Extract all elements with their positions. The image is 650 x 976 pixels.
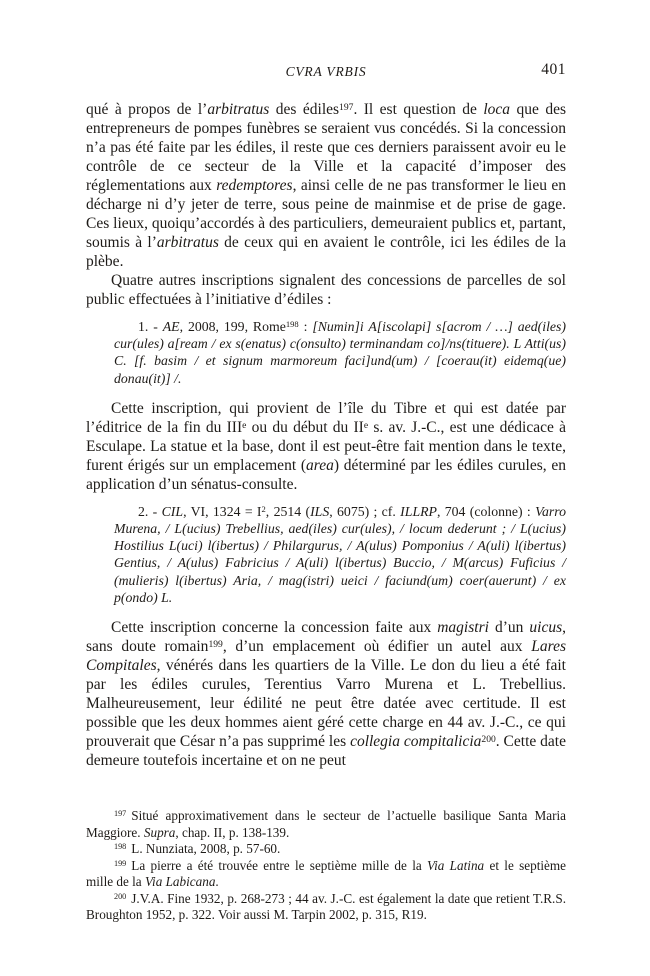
paragraph-quatre-inscriptions: Quatre autres inscriptions signalent des…: [86, 271, 566, 309]
italic-text: arbitratus: [157, 234, 219, 251]
footnote-marker-197: 197: [114, 809, 126, 818]
text-segment: , d’un emplacement où édifier un autel a…: [223, 638, 531, 655]
text-segment: ou du début du II: [246, 419, 363, 436]
superscript-ref: e: [364, 420, 368, 431]
footnote-marker-198: 198: [114, 842, 126, 851]
superscript-ref: 2: [262, 504, 266, 514]
superscript-ref: 199: [208, 639, 222, 650]
footnote-197: 197Situé approximativement dans le secte…: [86, 808, 566, 841]
inscription-quote-1: 1. - AE, 2008, 199, Rome198 : [Numin]i A…: [114, 318, 566, 387]
superscript-ref: 200: [481, 734, 495, 745]
inscription-quote-2: 2. - CIL, VI, 1324 = I2, 2514 (ILS, 6075…: [114, 503, 566, 606]
text-segment: , VI, 1324 = I: [183, 504, 261, 519]
italic-text: arbitratus: [207, 101, 269, 118]
text-segment: :: [299, 319, 313, 334]
footnote-marker-199: 199: [114, 859, 126, 868]
footnote-text-200: J.V.A. Fine 1932, p. 268-273 ; 44 av. J.…: [86, 891, 566, 923]
italic-text: redemptores: [216, 177, 292, 194]
italic-text: magistri: [437, 619, 489, 636]
page-body: qué à propos de l’arbitratus des édiles1…: [86, 100, 566, 770]
italic-text: collegia compitalicia: [350, 733, 481, 750]
page-number: 401: [541, 61, 566, 79]
superscript-ref: 197: [339, 102, 353, 113]
paragraph-magistri: Cette inscription concerne la concession…: [86, 618, 566, 770]
paragraph-arbitratus: qué à propos de l’arbitratus des édiles1…: [86, 100, 566, 271]
footnote-marker-200: 200: [114, 892, 126, 901]
footnote-text-198: L. Nunziata, 2008, p. 57-60.: [131, 841, 280, 856]
text-segment: , 6075) ; cf.: [329, 504, 400, 519]
italic-text: ILS: [310, 504, 329, 519]
text-segment: La pierre a été trouvée entre le septièm…: [131, 858, 427, 873]
superscript-ref: 198: [286, 319, 299, 329]
footnote-text-197: Situé approximativement dans le secteur …: [86, 808, 566, 840]
text-segment: Cette inscription concerne la concession…: [111, 619, 437, 636]
text-segment: , 704 (colonne) :: [437, 504, 535, 519]
running-head: CVRA VRBIS 401: [86, 64, 566, 84]
text-segment: .: [215, 874, 218, 889]
text-segment: L. Nunziata, 2008, p. 57-60.: [131, 841, 280, 856]
footnote-text-199: La pierre a été trouvée entre le septièm…: [86, 858, 566, 890]
italic-text: uicus: [529, 619, 562, 636]
superscript-ref: e: [242, 420, 246, 431]
text-segment: d’un: [489, 619, 529, 636]
italic-text: area: [306, 457, 334, 474]
footnote-199: 199La pierre a été trouvée entre le sept…: [86, 858, 566, 891]
italic-text: Via Latina: [427, 858, 484, 873]
text-segment: . Il est question de: [353, 101, 483, 118]
italic-text: ILLRP: [400, 504, 437, 519]
text-segment: , chap. II, p. 138-139.: [175, 825, 289, 840]
italic-text: Supra: [144, 825, 176, 840]
italic-text: AE: [163, 319, 180, 334]
text-segment: J.V.A. Fine 1932, p. 268-273 ; 44 av. J.…: [86, 891, 566, 923]
footnote-198: 198L. Nunziata, 2008, p. 57-60.: [86, 841, 566, 858]
italic-text: loca: [483, 101, 510, 118]
paragraph-ile-du-tibre: Cette inscription, qui provient de l’île…: [86, 399, 566, 494]
italic-text: Via Labicana: [145, 874, 215, 889]
text-segment: , 2008, 199, Rome: [180, 319, 286, 334]
text-segment: 2. -: [138, 504, 162, 519]
text-segment: 1. -: [138, 319, 163, 334]
footnote-200: 200J.V.A. Fine 1932, p. 268-273 ; 44 av.…: [86, 891, 566, 924]
running-title: CVRA VRBIS: [86, 64, 566, 80]
text-segment: des édiles: [269, 101, 339, 118]
footnotes-block: 197Situé approximativement dans le secte…: [86, 808, 566, 924]
text-segment: Quatre autres inscriptions signalent des…: [86, 272, 566, 308]
text-segment: , 2514 (: [266, 504, 310, 519]
italic-text: CIL: [162, 504, 183, 519]
text-segment: qué à propos de l’: [86, 101, 207, 118]
book-page: CVRA VRBIS 401 qué à propos de l’arbitra…: [0, 0, 650, 976]
